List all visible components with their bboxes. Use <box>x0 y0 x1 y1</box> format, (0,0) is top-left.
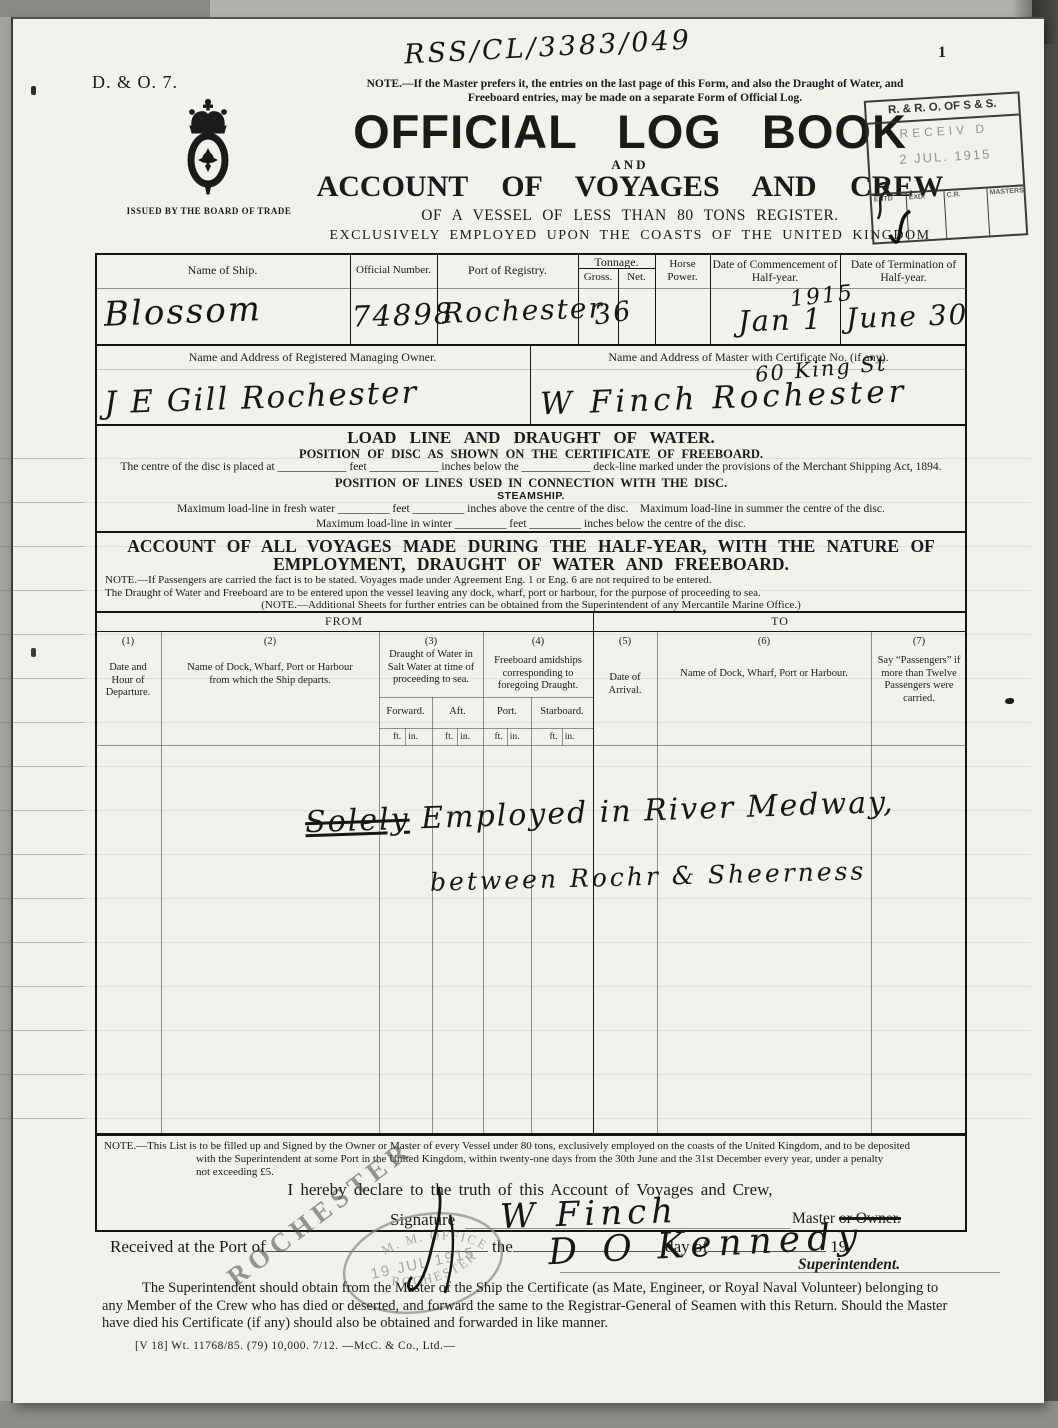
col2-number: (2) <box>161 636 379 649</box>
col5-number: (5) <box>593 636 657 649</box>
loadline-line1: The centre of the disc is placed at ____… <box>100 461 962 473</box>
col-official-number: Official Number. <box>350 264 437 276</box>
col5-header: Date of Arrival. <box>597 672 653 697</box>
col-horse-power: Horse Power. <box>655 258 710 284</box>
col4-header: Freeboard amidships corresponding to for… <box>487 655 589 693</box>
footer-para-line1: The Superintendent should obtain from th… <box>102 1280 966 1298</box>
footer-paragraph: The Superintendent should obtain from th… <box>102 1280 966 1333</box>
loadline-line2b: Maximum load-line in summer the centre o… <box>640 503 885 515</box>
loadline-sub2: POSITION OF LINES USED IN CONNECTION WIT… <box>95 476 967 491</box>
ftin-port: ft. in. <box>483 731 531 744</box>
voyage-entry-struck-word: Solely <box>305 802 411 841</box>
col-tonnage: Tonnage. <box>578 255 655 270</box>
page-number: 1 <box>938 44 946 62</box>
col-net: Net. <box>618 271 655 283</box>
account-note3: (NOTE.—Additional Sheets for further ent… <box>95 599 967 611</box>
port-of-registry-handwriting: Rochester <box>441 291 604 330</box>
net-tonnage-handwriting: 36 <box>592 295 634 331</box>
staple-mark <box>31 86 36 95</box>
account-note1: NOTE.—If Passengers are carried the fact… <box>105 574 965 586</box>
declaration-note-line2: with the Superintendent at some Port in … <box>196 1153 962 1165</box>
ftin-starboard: ft. in. <box>531 731 593 744</box>
loadline-line2: Maximum load-line in fresh water _______… <box>95 503 967 515</box>
header-note-line1: NOTE.—If the Master prefers it, the entr… <box>290 78 980 92</box>
owner-header: Name and Address of Registered Managing … <box>95 350 530 365</box>
col2-header: Name of Dock, Wharf, Port or Harbour fro… <box>181 662 359 687</box>
termination-date-handwriting: June 30 <box>845 298 968 335</box>
col7-header: Say “Passengers” if more than Twelve Pas… <box>875 655 963 705</box>
col-commencement: Date of Commencement of Half-year. <box>712 259 838 285</box>
col3-header: Draught of Water in Salt Water at time o… <box>382 649 480 687</box>
ink-blot <box>1005 698 1014 704</box>
stamp-handwritten-marks <box>862 175 942 255</box>
loadline-title: LOAD LINE AND DRAUGHT OF WATER. <box>95 428 967 448</box>
loadline-sub1: POSITION OF DISC AS SHOWN ON THE CERTIFI… <box>95 447 967 462</box>
account-title-line2: EMPLOYMENT, DRAUGHT OF WATER AND FREEBOA… <box>95 554 967 575</box>
col-termination: Date of Termination of Half-year. <box>842 259 965 285</box>
photo-edge-bottom <box>0 1401 1058 1428</box>
master-header: Name and Address of Master with Certific… <box>530 350 967 365</box>
account-note2: The Draught of Water and Freeboard are t… <box>105 587 965 599</box>
ftin-forward: ft. in. <box>379 731 432 744</box>
col3-forward: Forward. <box>379 706 432 719</box>
scanned-log-book-page: RSS/CL/3383/049 1 D. & O. 7. NOTE.—If th… <box>0 0 1058 1428</box>
commencement-date-handwriting: Jan 1 <box>737 302 823 339</box>
stamp-cell-masters: MASTERS <box>987 186 1026 235</box>
printer-imprint: [V 18] Wt. 11768/85. (79) 10,000. 7/12. … <box>135 1340 455 1352</box>
declaration-note-line1: NOTE.—This List is to be filled up and S… <box>104 1140 962 1152</box>
col-name-of-ship: Name of Ship. <box>95 263 350 278</box>
col4-port: Port. <box>483 706 531 719</box>
form-code: D. & O. 7. <box>92 72 178 93</box>
col-gross: Gross. <box>578 271 618 283</box>
from-header: FROM <box>95 614 593 629</box>
to-header: TO <box>593 614 967 629</box>
footer-para-line3: have died his Certificate (if any) shoul… <box>102 1315 966 1333</box>
ftin-aft: ft. in. <box>432 731 483 744</box>
col4-starboard: Starboard. <box>531 706 593 719</box>
loadline-line2a: Maximum load-line in fresh water _______… <box>177 503 628 515</box>
col7-number: (7) <box>871 636 967 649</box>
col3-number: (3) <box>379 636 483 649</box>
loadline-line3: Maximum load-line in winter _________ fe… <box>95 518 967 530</box>
ship-name-handwriting: Blossom <box>103 289 262 334</box>
col6-number: (6) <box>657 636 871 649</box>
staple-mark <box>31 648 36 657</box>
col4-number: (4) <box>483 636 593 649</box>
board-of-trade-crest-icon <box>172 96 244 200</box>
photo-edge-top-left-shadow <box>0 0 210 17</box>
col1-number: (1) <box>95 636 161 649</box>
col1-header: Date and Hour of Departure. <box>98 662 158 700</box>
col-port-of-registry: Port of Registry. <box>437 263 578 278</box>
col3-aft: Aft. <box>432 706 483 719</box>
official-number-handwriting: 74898 <box>351 296 454 334</box>
loadline-steamship: STEAMSHIP. <box>95 490 967 502</box>
stamp-cell-cr: C.R. <box>944 189 990 239</box>
col6-header: Name of Dock, Wharf, Port or Harbour. <box>677 668 851 681</box>
footer-para-line2: any Member of the Crew who has died or d… <box>102 1298 966 1316</box>
